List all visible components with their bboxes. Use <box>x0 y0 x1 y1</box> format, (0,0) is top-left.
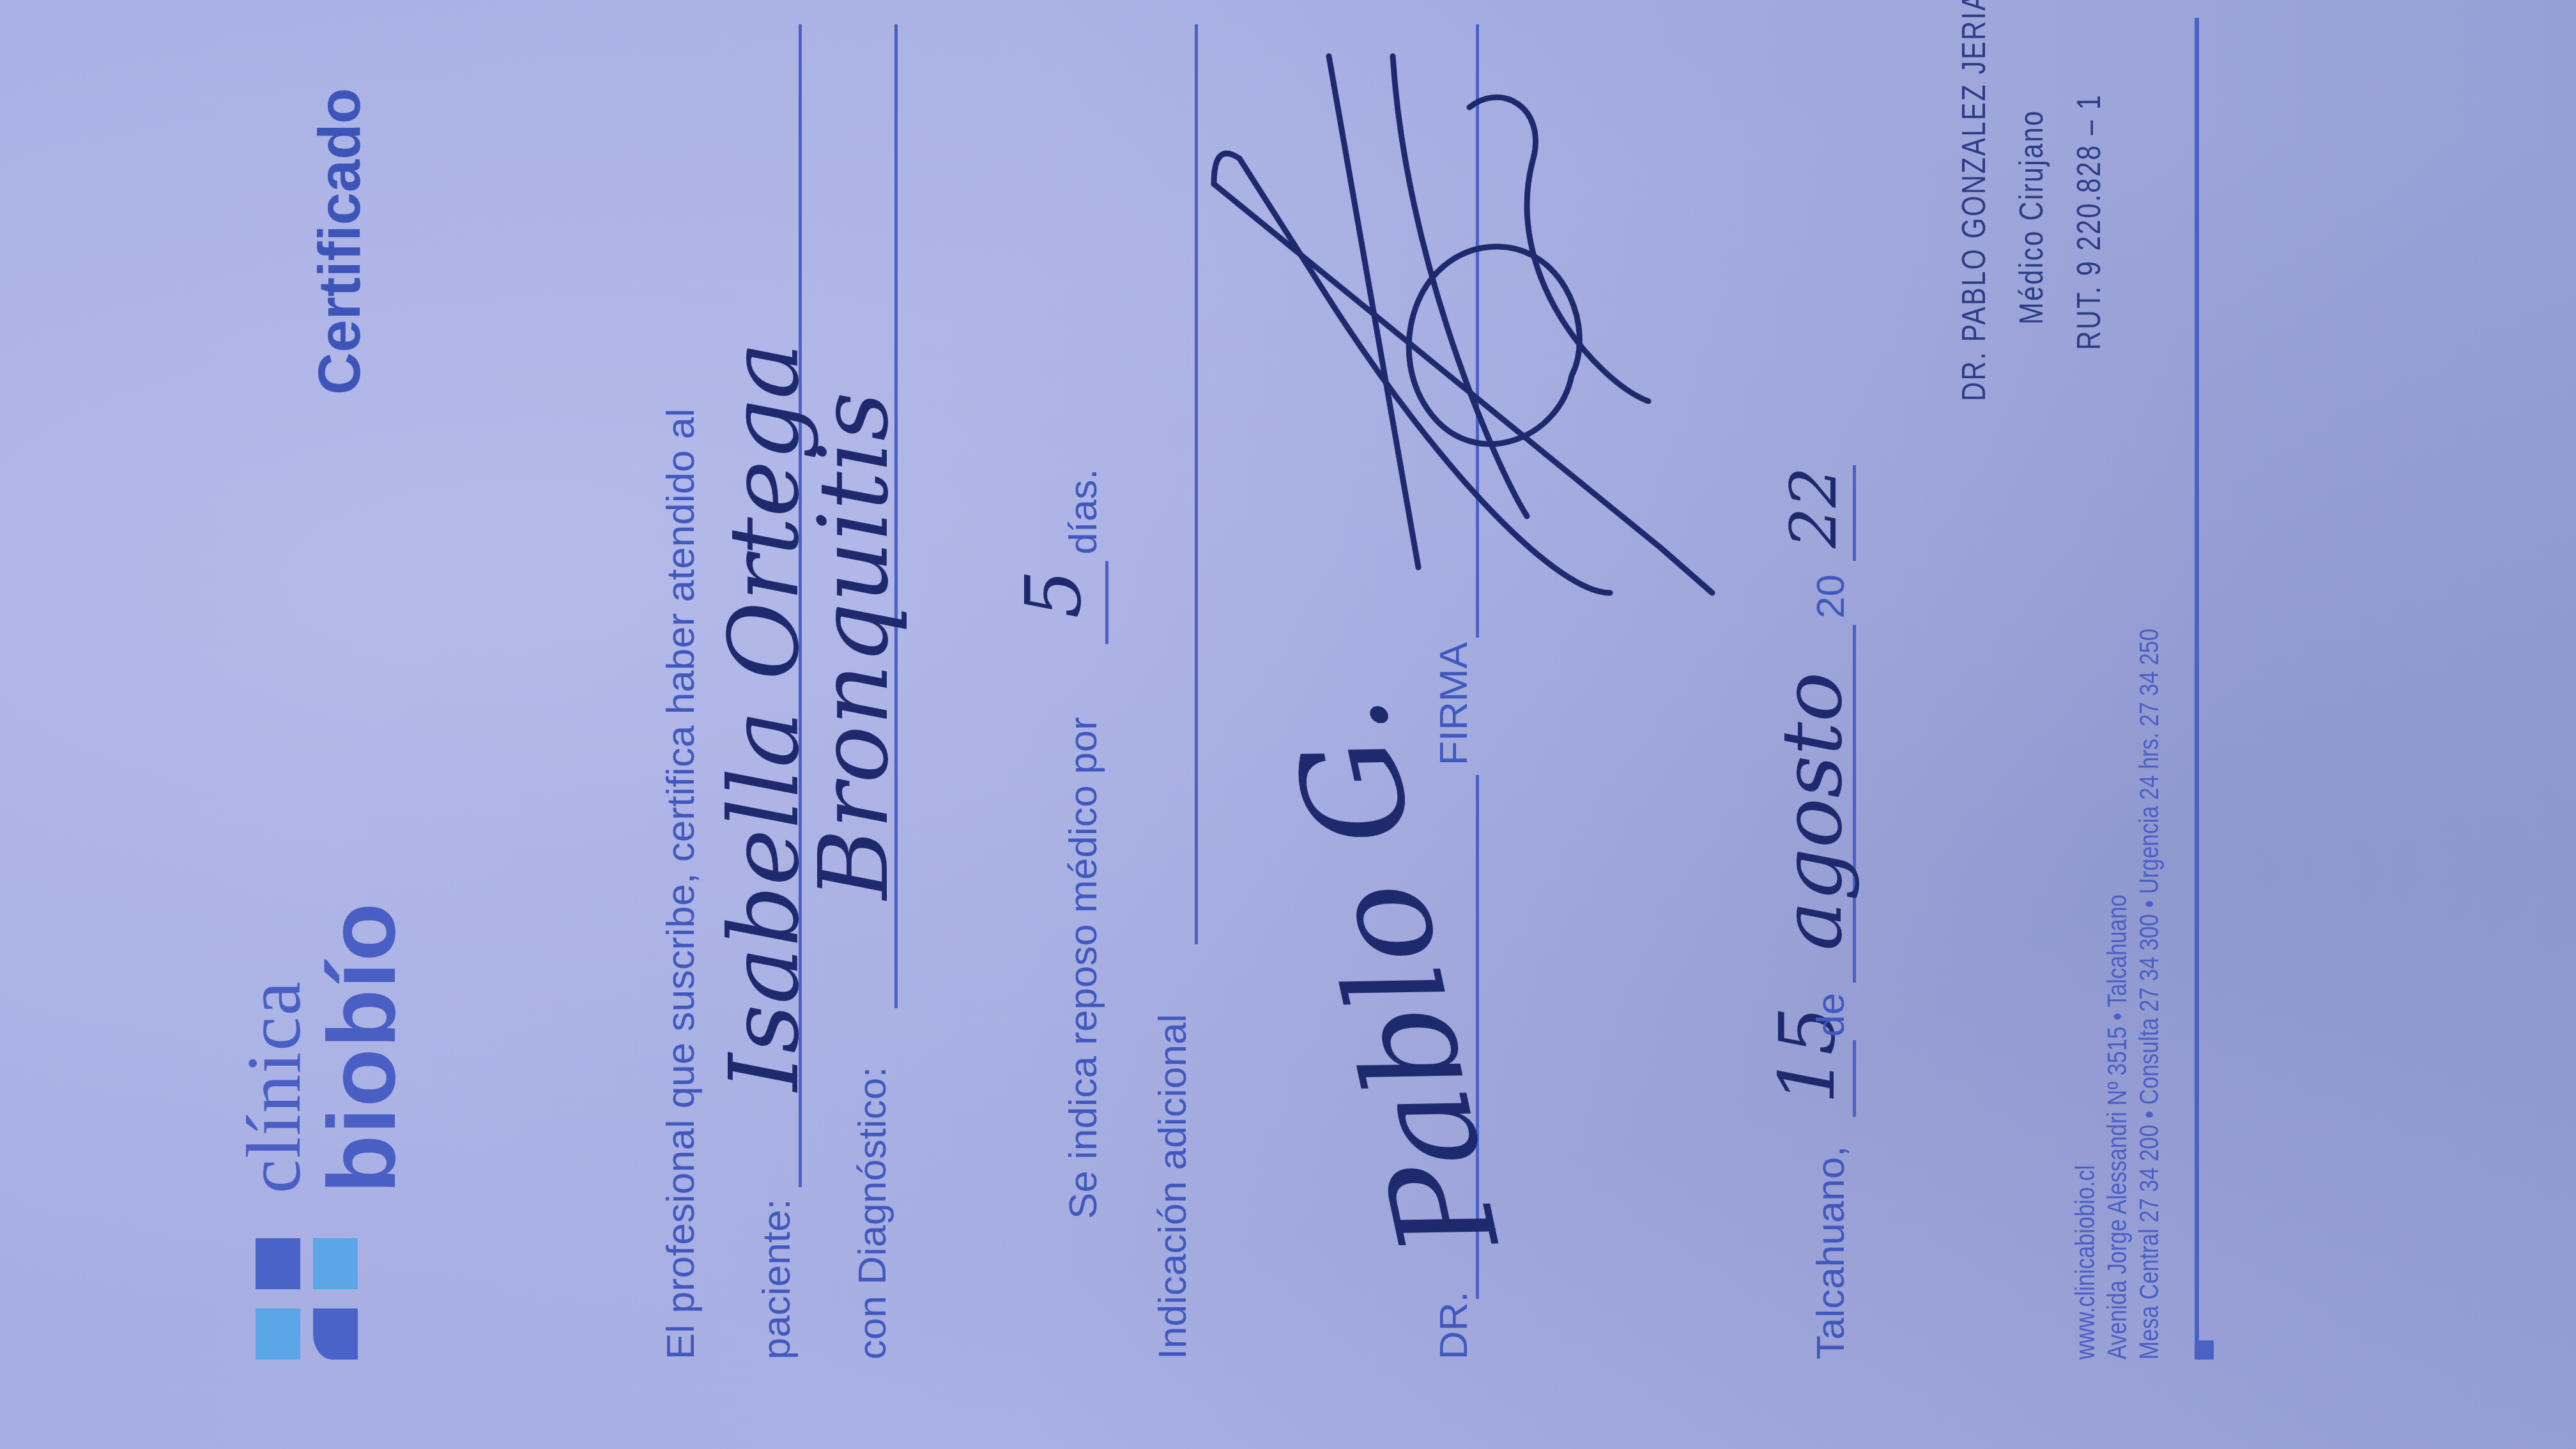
stamp-doctor-name: DR. PABLO GONZALEZ JERIA <box>1955 0 1993 401</box>
footer-phones: Mesa Central 27 34 200 • Consulta 27 34 … <box>2134 629 2165 1360</box>
logo-square-light-top <box>256 1308 300 1360</box>
date-year-field[interactable]: 22 <box>1776 467 1851 548</box>
additional-label: Indicación adicional <box>1150 1014 1195 1360</box>
date-city-text: Talcahuano, <box>1808 1146 1853 1360</box>
logo-square-dark-bottom <box>313 1308 358 1360</box>
additional-field-line <box>1195 24 1198 944</box>
logo-square-dark-top <box>256 1238 300 1289</box>
rest-days-field[interactable]: 5 <box>1009 570 1098 618</box>
rest-prefix-text: Se indica reposo médico por <box>1061 717 1106 1219</box>
signature-label: FIRMA <box>1431 642 1476 765</box>
diagnosis-label: con Diagnóstico: <box>850 1067 895 1360</box>
rest-suffix-text: días. <box>1061 469 1106 555</box>
signature-drawing[interactable] <box>1201 0 1725 631</box>
date-de-text: de <box>1808 993 1853 1037</box>
footer-rule-end-mark <box>2195 1340 2214 1360</box>
logo-square-light-bottom <box>313 1238 358 1289</box>
rest-days-field-line <box>1105 561 1108 644</box>
clinic-logo-icon <box>256 1219 396 1360</box>
date-day-field-line <box>1853 1040 1856 1117</box>
logo-text-biobio: biobío <box>307 902 417 1193</box>
patient-label: paciente: <box>754 1199 799 1360</box>
footer-rule <box>2195 18 2199 1360</box>
footer-address: Avenida Jorge Alessandri Nº 3515 • Talca… <box>2102 894 2133 1360</box>
logo-text-clinica: clínica <box>230 980 318 1193</box>
date-century-text: 20 <box>1808 574 1853 618</box>
date-year-field-line <box>1853 465 1856 561</box>
document-title: Certificado <box>307 88 374 395</box>
doctor-field[interactable]: Pablo G. <box>1259 686 1529 1268</box>
footer-website: www.clinicabiobio.cl <box>2070 1165 2101 1360</box>
date-month-field[interactable]: agosto <box>1763 672 1860 951</box>
certificate-page: clínica biobío Certificado El profesiona… <box>0 0 2576 1449</box>
doctor-label: DR. <box>1431 1291 1476 1360</box>
stamp-doctor-rut: RUT. 9 220.828 – 1 <box>2070 93 2108 350</box>
diagnosis-field[interactable]: Bronquitis <box>799 392 910 900</box>
intro-text: El profesional que suscribe, certifica h… <box>658 408 703 1360</box>
stamp-doctor-title: Médico Cirujano <box>2012 109 2051 325</box>
